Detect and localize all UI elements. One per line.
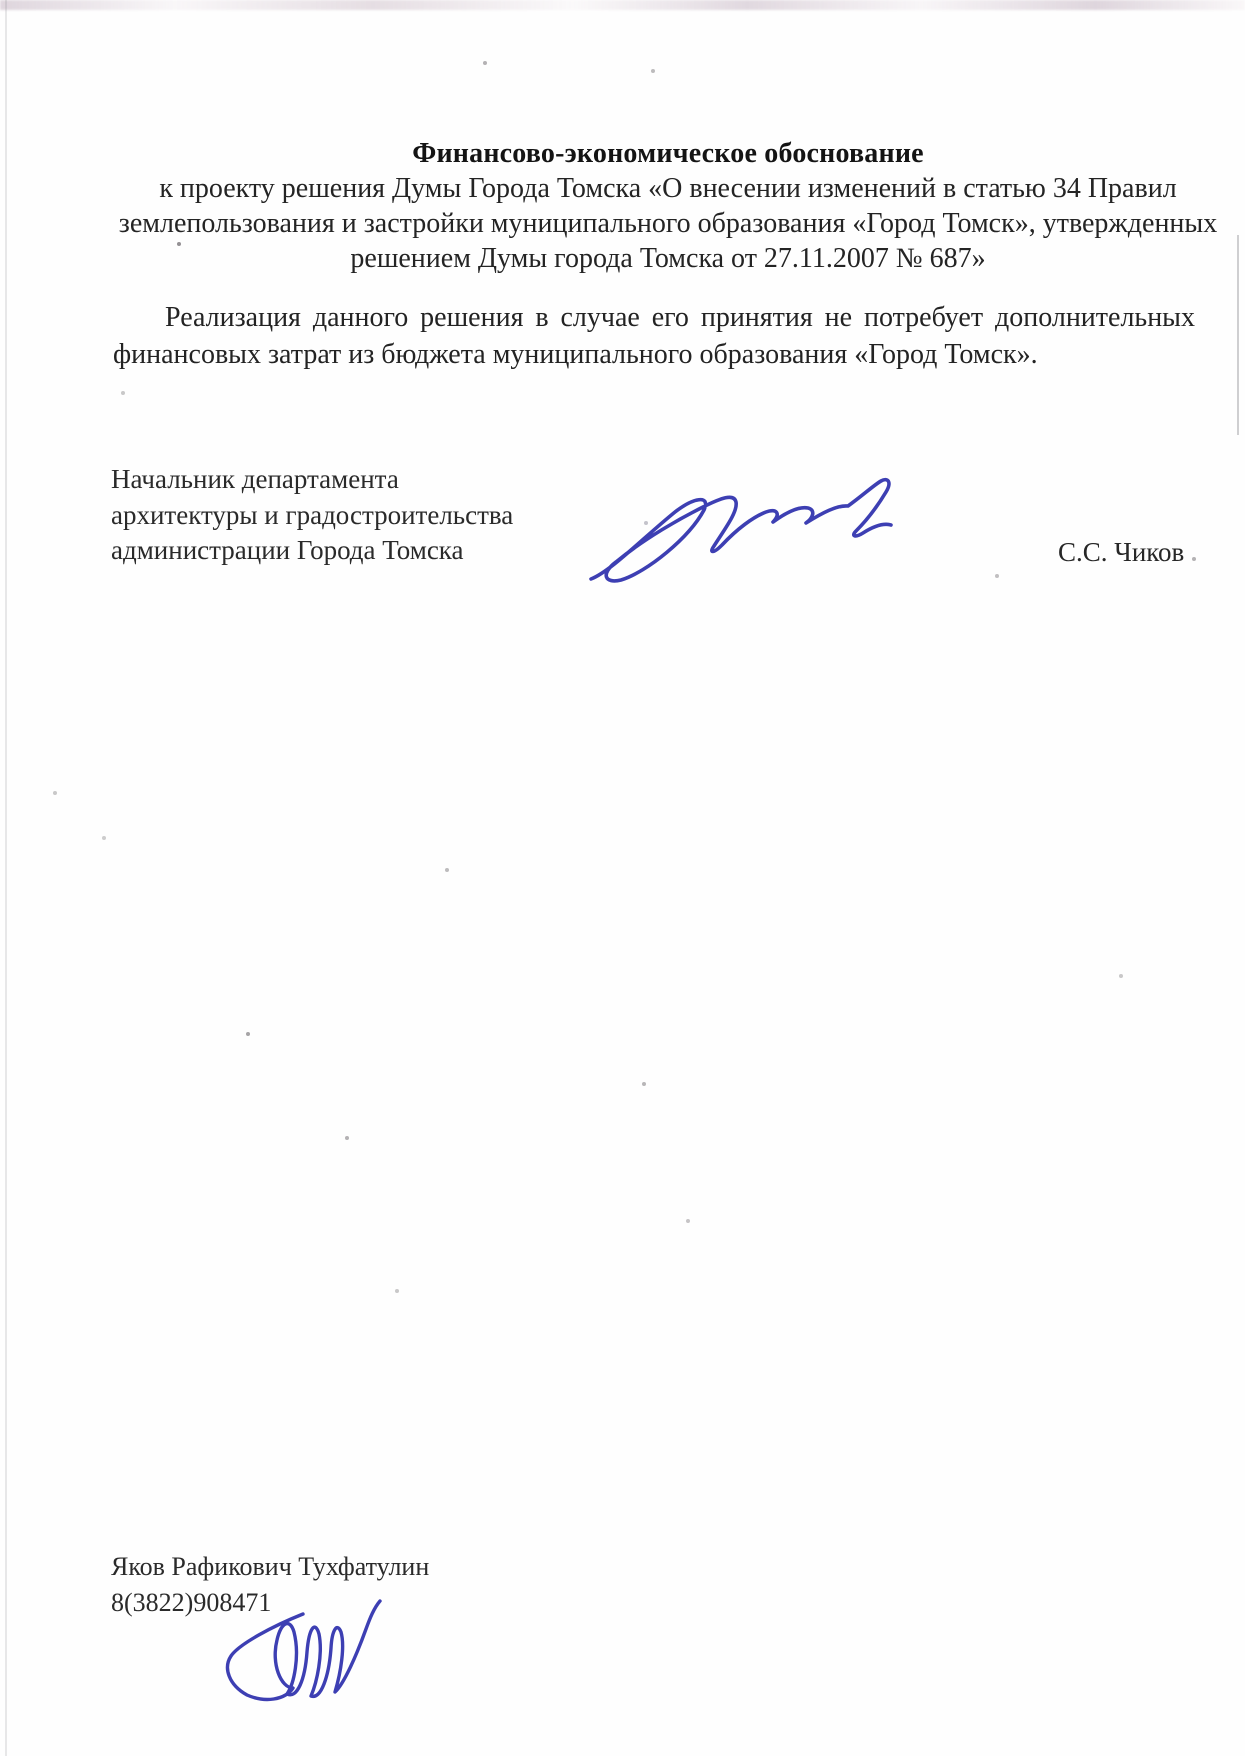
scanned-document-page: Финансово-экономическое обоснование к пр… bbox=[0, 0, 1245, 1756]
scan-right-edge-artifact bbox=[1237, 235, 1239, 435]
contact-name: Яков Рафикович Тухфатулин bbox=[111, 1549, 429, 1585]
document-subtitle-line: к проекту решения Думы Города Томска «О … bbox=[113, 171, 1223, 206]
scan-left-edge-artifact bbox=[5, 0, 7, 1756]
body-paragraph-line: Реализация данного решения в случае его … bbox=[113, 299, 1195, 336]
signoff-role-line: Начальник департамента bbox=[111, 462, 513, 498]
body-paragraph-line: финансовых затрат из бюджета муниципальн… bbox=[113, 336, 1195, 373]
document-subtitle-line: землепользования и застройки муниципальн… bbox=[113, 206, 1223, 241]
handwritten-initials-ink-icon bbox=[213, 1592, 383, 1714]
scan-speck-noise bbox=[0, 0, 2, 2]
scan-top-smudge-artifact bbox=[0, 0, 1245, 10]
signoff-role-block: Начальник департамента архитектуры и гра… bbox=[111, 462, 513, 569]
handwritten-signature-ink-icon bbox=[585, 472, 905, 590]
signoff-role-line: администрации Города Томска bbox=[111, 533, 513, 569]
document-subtitle-line: решением Думы города Томска от 27.11.200… bbox=[113, 241, 1223, 276]
signoff-role-line: архитектуры и градостроительства bbox=[111, 498, 513, 534]
signer-name: С.С. Чиков bbox=[1058, 537, 1184, 568]
document-title: Финансово-экономическое обоснование bbox=[113, 136, 1223, 171]
document-heading: Финансово-экономическое обоснование к пр… bbox=[113, 136, 1223, 276]
body-paragraph: Реализация данного решения в случае его … bbox=[113, 299, 1195, 373]
